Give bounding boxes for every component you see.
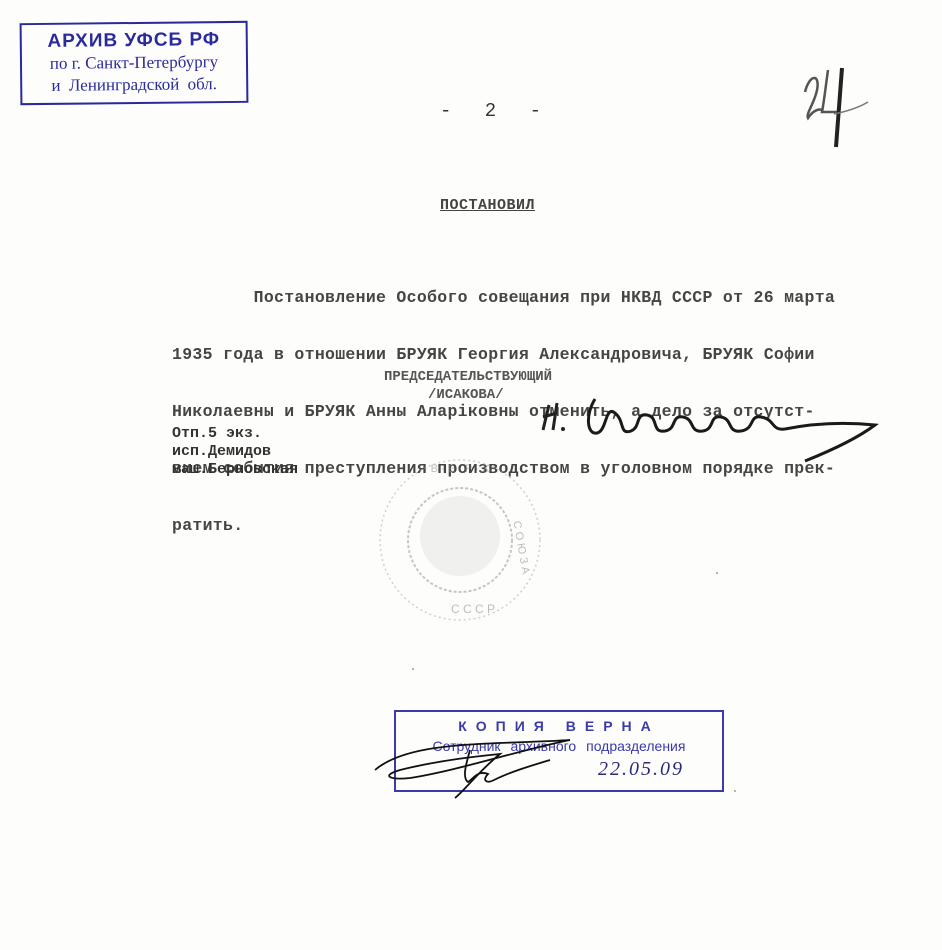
archive-stamp-title: АРХИВ УФСБ РФ — [22, 29, 246, 53]
paper-speck — [734, 790, 736, 792]
signature-block: ПРЕДСЕДАТЕЛЬСТВУЮЩИЙ /ИСАКОВА/ — [384, 368, 552, 404]
archive-stamp-region: и Ленинградской обл. — [22, 73, 246, 97]
document-title: ПОСТАНОВИЛ — [440, 197, 535, 214]
signatory-role: ПРЕДСЕДАТЕЛЬСТВУЮЩИЙ — [384, 368, 552, 386]
faded-court-seal: · В · Е · Р · Х · С О Ю З А С С С Р — [368, 448, 548, 628]
page-number: - 2 - — [440, 100, 543, 122]
verification-date: 22.05.09 — [598, 758, 684, 781]
decree-line: Постановление Особого совещания при НКВД… — [172, 288, 932, 307]
decree-line: ратить. — [172, 516, 932, 535]
verification-signature — [370, 730, 600, 800]
copies-count: Отп.5 экз. — [172, 425, 298, 443]
copies-note: Отп.5 экз. исп.Демидов маш.Берновская — [172, 425, 298, 479]
paper-speck — [716, 572, 718, 574]
signatory-name: /ИСАКОВА/ — [384, 386, 552, 404]
typist: маш.Берновская — [172, 461, 298, 479]
paper-speck — [412, 668, 414, 670]
folio-number-handwritten — [800, 62, 870, 152]
decree-line: 1935 года в отношении БРУЯК Георгия Алек… — [172, 345, 932, 364]
svg-text:С О Ю З А: С О Ю З А — [510, 520, 531, 576]
svg-text:· В · Е · Р · Х ·: · В · Е · Р · Х · — [424, 463, 496, 475]
svg-text:С С С Р: С С С Р — [451, 602, 495, 616]
archive-stamp-city: по г. Санкт-Петербургу — [22, 51, 246, 75]
handwritten-signature — [535, 385, 895, 465]
executor: исп.Демидов — [172, 443, 298, 461]
archive-stamp: АРХИВ УФСБ РФ по г. Санкт-Петербургу и Л… — [20, 21, 249, 105]
